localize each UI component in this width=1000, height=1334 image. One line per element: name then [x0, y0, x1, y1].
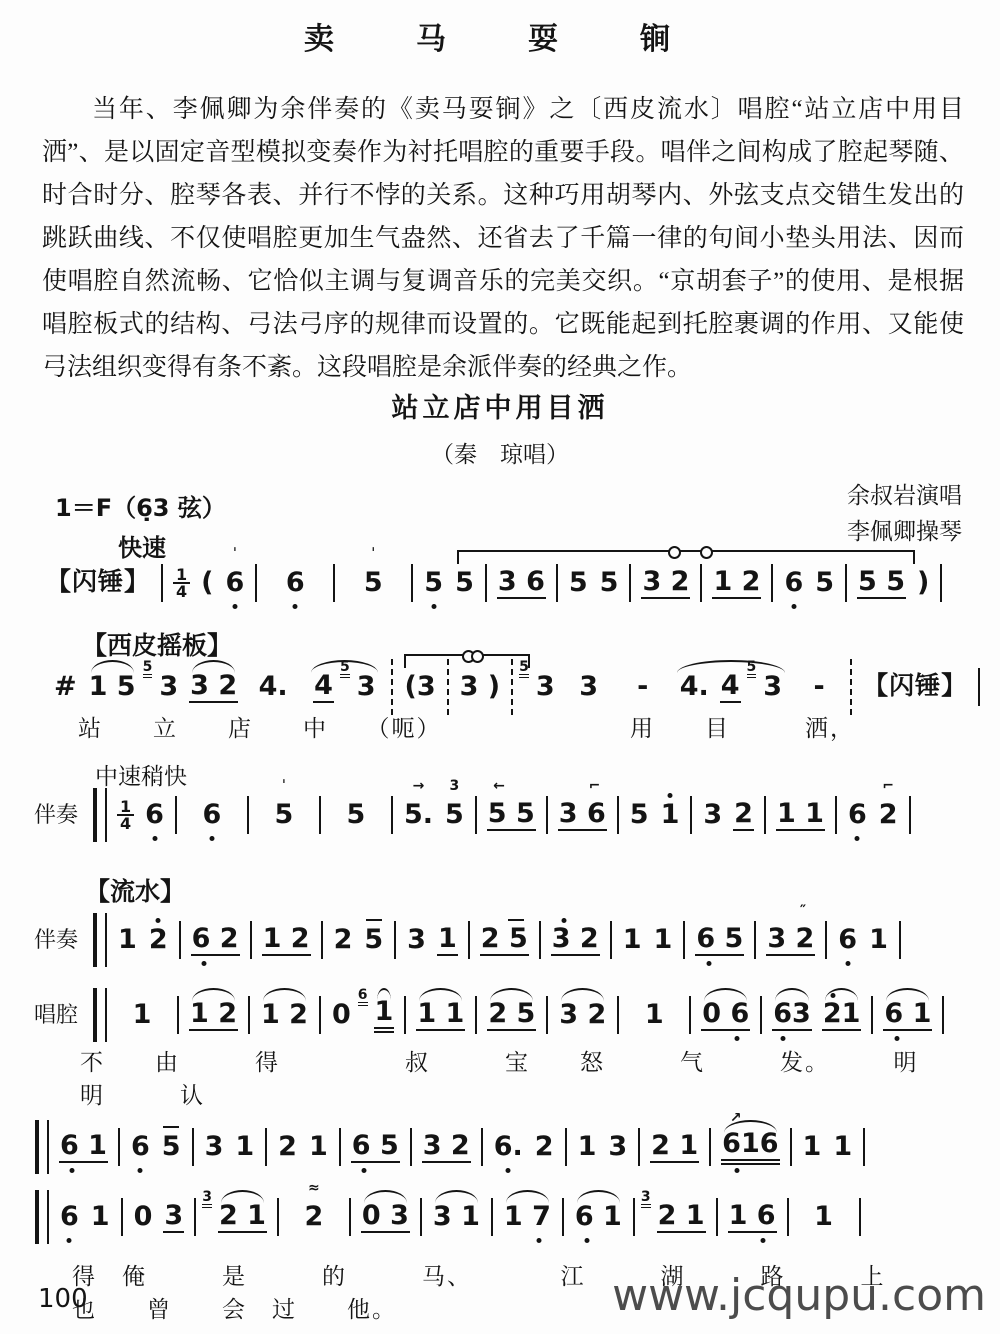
slur-arc	[419, 988, 462, 1001]
note-cell: 6 5	[695, 905, 744, 975]
grace-note: 3	[202, 1190, 212, 1208]
barline: |	[475, 780, 477, 850]
bowing-mark: 3	[450, 779, 460, 793]
note-cell: 6	[59, 1182, 80, 1252]
grace-note: 5	[143, 660, 153, 678]
low-octave-dot	[138, 1168, 143, 1173]
note-cell: 2 5	[487, 980, 536, 1050]
barline: |	[562, 1182, 564, 1252]
note-cell: 0 3	[361, 1182, 410, 1252]
note-cell: 5	[599, 548, 620, 618]
barline: |	[546, 980, 548, 1050]
barline: |	[845, 548, 847, 618]
note-cell: 2 1	[218, 1182, 267, 1252]
note-cell: ˈ5	[345, 548, 401, 618]
note-cell: 63	[772, 980, 812, 1050]
barline: |	[787, 1182, 789, 1252]
music-line-liushui-accompaniment: 伴奏‖12|6 2|1 2|25|31|2 5|3 2|11|6 5|″3 2|…	[28, 905, 906, 975]
barline: |	[250, 905, 252, 975]
barline: |	[942, 980, 944, 1050]
barline: |	[247, 780, 249, 850]
overline-mark	[163, 1126, 179, 1128]
note-cell: 6 5	[351, 1112, 400, 1182]
note-cell: 1	[374, 980, 395, 1050]
note-cell: 1	[90, 1182, 111, 1252]
note-cell: 伴奏	[33, 905, 83, 975]
low-octave-dot	[894, 1036, 899, 1041]
low-octave-dot	[232, 604, 237, 609]
note-cell: 1	[577, 1112, 598, 1182]
barline: |	[118, 1112, 120, 1182]
time-signature: 14	[117, 799, 134, 831]
singer-note: （秦 琼唱）	[0, 436, 1000, 469]
note-cell: 6.	[493, 1112, 524, 1182]
slur-arc	[561, 988, 604, 1001]
slur-arc	[506, 1190, 549, 1203]
watermark: www.jcqupu.com	[612, 1270, 986, 1321]
note-cell: 1 2	[260, 980, 309, 1050]
slur-arc	[221, 1190, 264, 1203]
note-cell: 1	[622, 905, 643, 975]
low-octave-dot	[431, 604, 436, 609]
note-cell: 1	[117, 980, 167, 1050]
note-cell: ≈2	[289, 1182, 339, 1252]
barline: |	[790, 1112, 792, 1182]
slur-arc	[886, 988, 929, 1001]
barline: |	[633, 1182, 635, 1252]
note-cell: 35	[444, 780, 465, 850]
performer-credit: 余叔岩演唱	[847, 478, 962, 514]
note-cell: 1	[832, 1112, 853, 1182]
note-cell: 6	[783, 548, 804, 618]
low-octave-dot	[845, 961, 850, 966]
barline: |	[940, 548, 942, 618]
low-octave-dot	[209, 836, 214, 841]
note-cell: 1	[868, 905, 889, 975]
note-cell: 6	[187, 780, 237, 850]
barline: |	[825, 905, 827, 975]
bowing-mark: ″	[800, 904, 806, 918]
barline: |	[339, 1112, 341, 1182]
note-cell: 3	[204, 1112, 225, 1182]
low-octave-dot	[536, 1238, 541, 1243]
barline: |	[539, 905, 541, 975]
note-cell: ˈ6	[144, 780, 165, 850]
barline: |	[192, 1112, 194, 1182]
barline: |	[771, 548, 773, 618]
barline: |	[248, 980, 250, 1050]
barline: |	[546, 780, 548, 850]
barline: |	[255, 548, 257, 618]
note-cell: 6	[130, 1112, 151, 1182]
music-line-accompaniment-intro: 伴奏‖141/4ˈ6|6|ˈ5|5|→5.35|←5 5|⌐3 6|51|32|…	[28, 780, 916, 850]
low-octave-dot	[761, 1238, 766, 1243]
note-cell: 141/4	[173, 548, 190, 618]
barline: |	[349, 1182, 351, 1252]
note-cell: #	[53, 652, 78, 722]
high-octave-dot	[561, 918, 566, 923]
note-cell: ‖	[35, 1112, 49, 1182]
note-cell: 2	[148, 905, 169, 975]
barline: |	[760, 980, 762, 1050]
overline-mark	[366, 919, 382, 921]
bowing-mark: →	[413, 779, 425, 793]
slur-arc	[775, 988, 809, 1001]
note-cell: 6 1	[574, 1182, 623, 1252]
overline-mark	[508, 919, 524, 921]
barline: |	[617, 980, 619, 1050]
low-octave-dot	[706, 961, 711, 966]
page-title: 卖 马 耍 锏	[0, 14, 1000, 58]
music-line-liushui-vocal: 唱腔‖1|1 2|1 2|061|1 1|2 5|3 2|1|0 6|6321|…	[28, 980, 949, 1050]
note-cell: 5 5	[857, 548, 906, 618]
barline: |	[121, 1182, 123, 1252]
barline: |	[179, 905, 181, 975]
note-cell: 21	[822, 980, 862, 1050]
barline: |	[404, 980, 406, 1050]
barline: |	[161, 548, 163, 618]
low-octave-dot	[506, 1168, 511, 1173]
note-cell: (	[200, 548, 214, 618]
low-octave-dot	[201, 961, 206, 966]
note-cell: 1 1	[776, 780, 825, 850]
barline: |	[709, 1112, 711, 1182]
lyrics-line-2: 不 由 得 叔 宝 怒 气 发。 明 明 认	[80, 1044, 1000, 1110]
note-cell: 5	[331, 780, 381, 850]
low-octave-dot	[735, 1036, 740, 1041]
note-cell: 1	[799, 1182, 849, 1252]
note-cell: 0	[331, 980, 352, 1050]
note-cell: 3	[607, 1112, 628, 1182]
note-cell: 1 2	[262, 905, 311, 975]
low-octave-dot	[855, 836, 860, 841]
low-octave-dot	[734, 1168, 739, 1173]
note-cell: ˈ5	[259, 780, 309, 850]
note-cell: 5	[363, 905, 384, 975]
slur-arc	[577, 1190, 620, 1203]
barline: |	[764, 780, 766, 850]
note-cell: 1	[802, 1112, 823, 1182]
low-octave-dot	[293, 604, 298, 609]
barline: |	[638, 1112, 640, 1182]
lyrics-line-1: 站 立 店 中 （呃） 用 目 洒，	[78, 710, 855, 743]
note-cell: 唱腔	[33, 980, 83, 1050]
slur-arc	[192, 988, 235, 1001]
note-cell: 1 1	[416, 980, 465, 1050]
inline-section-label: 【闪锤】	[45, 548, 151, 618]
note-cell: 3	[406, 905, 427, 975]
note-cell: ↗616	[721, 1112, 779, 1182]
note-cell: 141/4	[117, 780, 134, 850]
barline: |	[978, 652, 980, 722]
note-cell: 1	[629, 980, 679, 1050]
barline: |	[319, 980, 321, 1050]
bowing-mark: ⌐	[589, 779, 601, 793]
barline: |	[333, 548, 335, 618]
note-cell: 5	[629, 780, 650, 850]
note-cell: 2 5	[480, 905, 529, 975]
note-cell: 5	[454, 548, 475, 618]
note-cell: 1 7	[503, 1182, 552, 1252]
note-cell: ‖	[93, 980, 107, 1050]
bowing-mark: ↗	[730, 1111, 742, 1125]
note-cell: 6	[837, 905, 858, 975]
credits: 余叔岩演唱 李佩卿操琴	[847, 478, 962, 550]
note-cell: 5	[161, 1112, 182, 1182]
note-cell: 0	[133, 1182, 154, 1252]
music-line-vocal-2: ‖61|03|32 1|≈2|0 3|3 1|1 7|6 1|32 1|1 6|…	[30, 1182, 866, 1252]
note-cell: 伴奏	[33, 780, 83, 850]
slur-arc	[704, 988, 747, 1001]
barline: |	[899, 905, 901, 975]
low-octave-dot	[67, 1238, 72, 1243]
sheet-music-page: 卖 马 耍 锏 当年、李佩卿为余伴奏的《卖马耍锏》之〔西皮流水〕唱腔“站立店中用…	[0, 0, 1000, 1334]
low-octave-dot	[585, 1238, 590, 1243]
bowing-mark: ˈ	[152, 779, 156, 793]
barline: |	[871, 980, 873, 1050]
bowing-mark: ˈ	[233, 547, 237, 561]
note-cell: ″3 2	[766, 905, 815, 975]
note-cell: 3	[641, 1174, 651, 1260]
note-cell: 3	[702, 780, 723, 850]
key-signature: 1＝F（6̣3 弦）	[55, 488, 226, 523]
slur-arc	[91, 660, 134, 673]
low-octave-dot	[152, 836, 157, 841]
barline: |	[394, 905, 396, 975]
note-cell: 6 2	[191, 905, 240, 975]
low-octave-dot	[361, 1168, 366, 1173]
barline: |	[265, 1112, 267, 1182]
barline: |	[420, 1182, 422, 1252]
note-cell: 2 1	[657, 1182, 706, 1252]
barline: |	[689, 980, 691, 1050]
note-cell: ‖	[93, 905, 107, 975]
grace-note: 5	[519, 660, 529, 678]
note-cell: 1 6	[728, 1182, 777, 1252]
barline: |	[475, 980, 477, 1050]
note-cell: 1 2	[189, 980, 238, 1050]
time-signature: 14	[173, 567, 190, 599]
note-cell: 3 2	[551, 905, 600, 975]
barline: |	[175, 780, 177, 850]
barline: |	[617, 780, 619, 850]
barline: |	[491, 1182, 493, 1252]
barline: |	[835, 780, 837, 850]
slur-arc	[490, 988, 533, 1001]
note-cell: 1	[308, 1112, 329, 1182]
slur-arc	[435, 1190, 478, 1203]
note-cell: 1 2	[712, 548, 761, 618]
note-cell: 1	[117, 905, 138, 975]
barline: |	[700, 548, 702, 618]
grace-note: 3	[641, 1190, 651, 1208]
barline: |	[690, 780, 692, 850]
note-cell: 2	[733, 780, 754, 850]
barline: |	[481, 1112, 483, 1182]
barline: |	[683, 905, 685, 975]
bowing-mark: ≈	[308, 1181, 320, 1195]
note-cell: ⌐2	[878, 780, 899, 850]
page-number: 100	[38, 1284, 88, 1314]
note-cell: 6 1	[59, 1112, 108, 1182]
barline: |	[909, 780, 911, 850]
note-cell: 2 1	[650, 1112, 699, 1182]
note-cell: 1	[653, 905, 674, 975]
accompanist-credit: 李佩卿操琴	[847, 514, 962, 550]
note-cell: 0 6	[701, 980, 750, 1050]
note-cell: 3 1	[432, 1182, 481, 1252]
note-cell: 3 6	[497, 548, 546, 618]
low-octave-dot	[791, 604, 796, 609]
music-line-shanchui: 【闪锤】|141/4(ˈ6|6|ˈ5|55|3 6|55|3 2|1 2|65|…	[40, 548, 947, 618]
inline-section-label: 【闪锤】	[862, 652, 968, 722]
high-octave-dot	[830, 993, 835, 998]
note-cell: 3	[163, 1182, 184, 1252]
barline: |	[391, 780, 393, 850]
barline: |	[411, 548, 413, 618]
note-cell: 2	[534, 1112, 555, 1182]
barline: |	[468, 905, 470, 975]
note-cell: 1	[234, 1112, 255, 1182]
note-cell: 3	[202, 1174, 212, 1260]
note-cell: ˈ6	[225, 548, 246, 618]
note-cell: ‖	[93, 780, 107, 850]
barline: |	[485, 548, 487, 618]
barline: |	[177, 980, 179, 1050]
slur-arc	[364, 1190, 407, 1203]
barline: |	[319, 780, 321, 850]
barline: |	[754, 905, 756, 975]
bowing-mark: ˈ	[282, 779, 286, 793]
barline: |	[565, 1112, 567, 1182]
note-cell: ‖	[35, 1182, 49, 1252]
barline: |	[863, 1112, 865, 1182]
barline: |	[556, 548, 558, 618]
note-cell: →5.	[403, 780, 434, 850]
slur-arc	[263, 988, 306, 1001]
barline: |	[321, 905, 323, 975]
barline: |	[410, 1112, 412, 1182]
barline: |	[277, 1182, 279, 1252]
note-cell: 5	[568, 548, 589, 618]
note-cell: )	[916, 548, 930, 618]
slur-arc	[377, 988, 392, 1001]
note-cell: ⌐3 6	[558, 780, 607, 850]
high-octave-dot	[156, 918, 161, 923]
low-octave-dot	[70, 1168, 75, 1173]
barline: |	[194, 1182, 196, 1252]
aria-title: 站立店中用目洒	[0, 386, 1000, 425]
note-cell: 5	[423, 548, 444, 618]
note-cell: 2	[333, 905, 354, 975]
note-cell: 3 2	[641, 548, 690, 618]
note-cell: 3 2	[422, 1112, 471, 1182]
note-cell: 6	[847, 780, 868, 850]
note-cell: 2	[277, 1112, 298, 1182]
music-line-accompaniment-2: ‖6 1|65|31|21|6 5|3 2|6.2|13|2 1|↗616|11…	[30, 1112, 870, 1182]
barline: |	[859, 1182, 861, 1252]
bowing-mark: ⌐	[882, 779, 894, 793]
intro-paragraph: 当年、李佩卿为余伴奏的《卖马耍锏》之〔西皮流水〕唱腔“站立店中用目洒”、是以固定…	[42, 88, 964, 389]
low-octave-dot	[780, 1036, 785, 1041]
slur-arc	[192, 660, 235, 673]
barline: |	[610, 905, 612, 975]
note-cell: 3 2	[558, 980, 607, 1050]
grace-note: 6	[358, 988, 368, 1006]
barline: |	[716, 1182, 718, 1252]
section-label-liushui: 【流水】	[85, 872, 185, 908]
note-cell: ←5 5	[487, 780, 536, 850]
note-cell: 6	[267, 548, 323, 618]
bowing-mark: ˈ	[371, 547, 375, 561]
note-cell: 6 1	[883, 980, 932, 1050]
note-cell: 1	[437, 905, 458, 975]
note-cell: 1	[660, 780, 681, 850]
barline: |	[629, 548, 631, 618]
note-cell: 5	[814, 548, 835, 618]
high-octave-dot	[667, 793, 672, 798]
bowing-mark: ←	[493, 779, 505, 793]
